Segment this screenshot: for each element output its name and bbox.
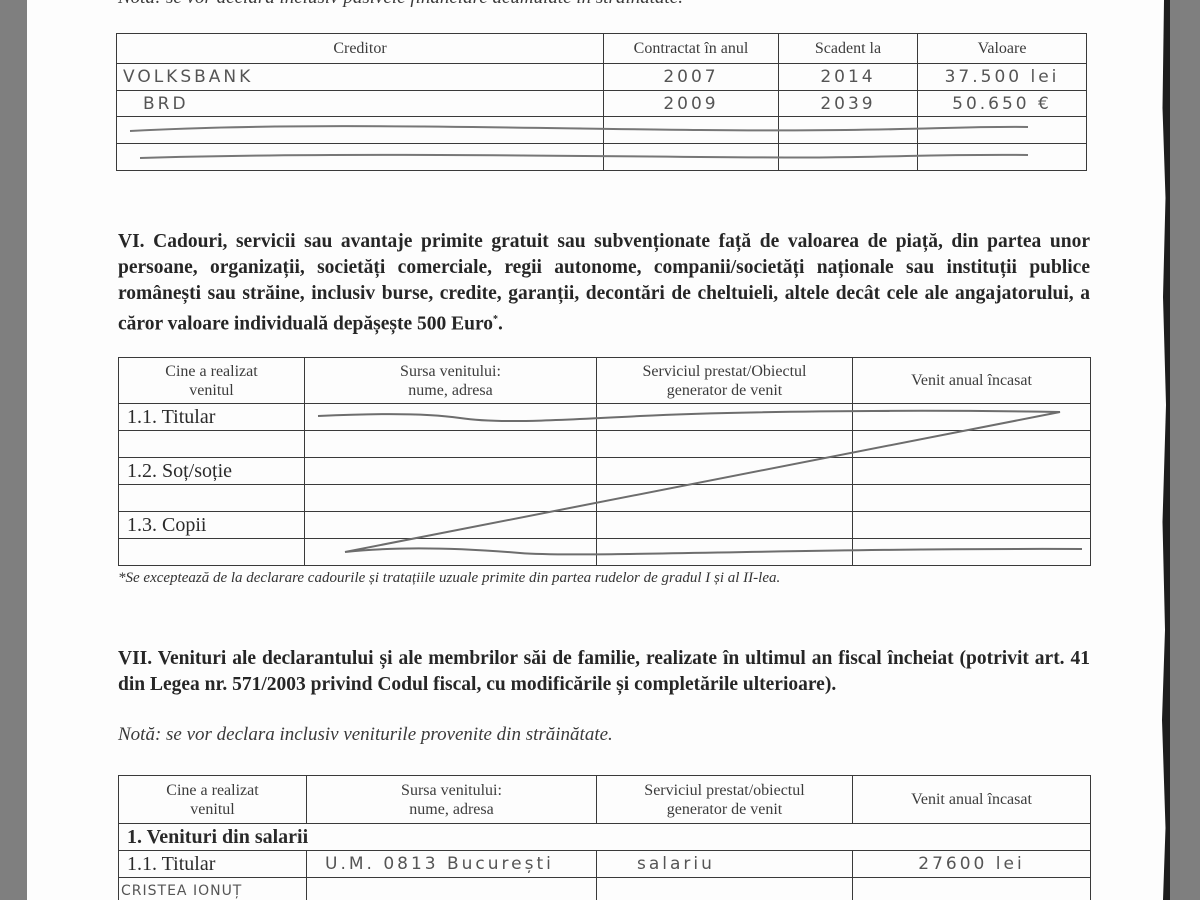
col-header-source: Sursa venitului:nume, adresa: [305, 358, 597, 404]
source-cell: U.M. 0813 București: [307, 851, 597, 878]
gifts-table: Cine a realizatvenitul Sursa venitului:n…: [118, 357, 1091, 566]
col-header-contracted: Contractat în anul: [604, 34, 779, 64]
due-cell: 2014: [779, 64, 918, 91]
name-cell: CRISTEA IONUȚ: [119, 878, 307, 900]
value-cell: 50.650 €: [918, 91, 1087, 117]
row-label: 1.3. Copii: [119, 512, 305, 539]
col-header-creditor: Creditor: [117, 34, 604, 64]
table-row: BRD 2009 2039 50.650 €: [117, 91, 1087, 117]
row-label: 1.1. Titular: [119, 851, 307, 878]
col-header-service: Serviciul prestat/obiectulgenerator de v…: [597, 776, 853, 824]
section-vi-heading: VI. Cadouri, servicii sau avantaje primi…: [118, 229, 1090, 338]
service-cell: salariu: [597, 851, 853, 878]
table-row: [119, 485, 1091, 512]
col-header-due: Scadent la: [779, 34, 918, 64]
col-header-source: Sursa venitului:nume, adresa: [307, 776, 597, 824]
contracted-cell: 2009: [604, 91, 779, 117]
col-header-value: Valoare: [918, 34, 1087, 64]
table-row: 1.3. Copii: [119, 512, 1091, 539]
liabilities-table: Creditor Contractat în anul Scadent la V…: [116, 33, 1087, 171]
table-row: CRISTEA IONUȚ: [119, 878, 1091, 900]
creditor-cell: VOLKSBANK: [117, 64, 604, 91]
col-header-who: Cine a realizatvenitul: [119, 776, 307, 824]
income-note: Notă: se vor declara inclusiv veniturile…: [118, 724, 613, 746]
col-header-who: Cine a realizatvenitul: [119, 358, 305, 404]
table-row: 1.1. Titular U.M. 0813 București salariu…: [119, 851, 1091, 878]
creditor-cell: BRD: [117, 91, 604, 117]
income-table: Cine a realizatvenitul Sursa venitului:n…: [118, 775, 1091, 900]
category-row: 1. Venituri din salarii: [119, 824, 1091, 851]
due-cell: 2039: [779, 91, 918, 117]
col-header-income: Venit anual încasat: [853, 776, 1091, 824]
table-row: 1.1. Titular: [119, 404, 1091, 431]
income-cell: 27600 lei: [853, 851, 1091, 878]
table-row: VOLKSBANK 2007 2014 37.500 lei: [117, 64, 1087, 91]
section-vii-heading: VII. Venituri ale declarantului și ale m…: [118, 646, 1090, 698]
table-row: [119, 539, 1091, 566]
category-label: 1. Venituri din salarii: [119, 824, 1091, 851]
col-header-service: Serviciul prestat/Obiectulgenerator de v…: [597, 358, 853, 404]
col-header-income: Venit anual încasat: [853, 358, 1091, 404]
table-row: 1.2. Soț/soție: [119, 458, 1091, 485]
value-cell: 37.500 lei: [918, 64, 1087, 91]
gifts-footnote: *Se exceptează de la declarare cadourile…: [118, 570, 780, 587]
table-row: [117, 144, 1087, 171]
liabilities-note: Notă: se vor declara inclusiv pasivele f…: [118, 0, 683, 9]
row-label: 1.2. Soț/soție: [119, 458, 305, 485]
table-row: [117, 117, 1087, 144]
contracted-cell: 2007: [604, 64, 779, 91]
row-label: 1.1. Titular: [119, 404, 305, 431]
table-row: [119, 431, 1091, 458]
